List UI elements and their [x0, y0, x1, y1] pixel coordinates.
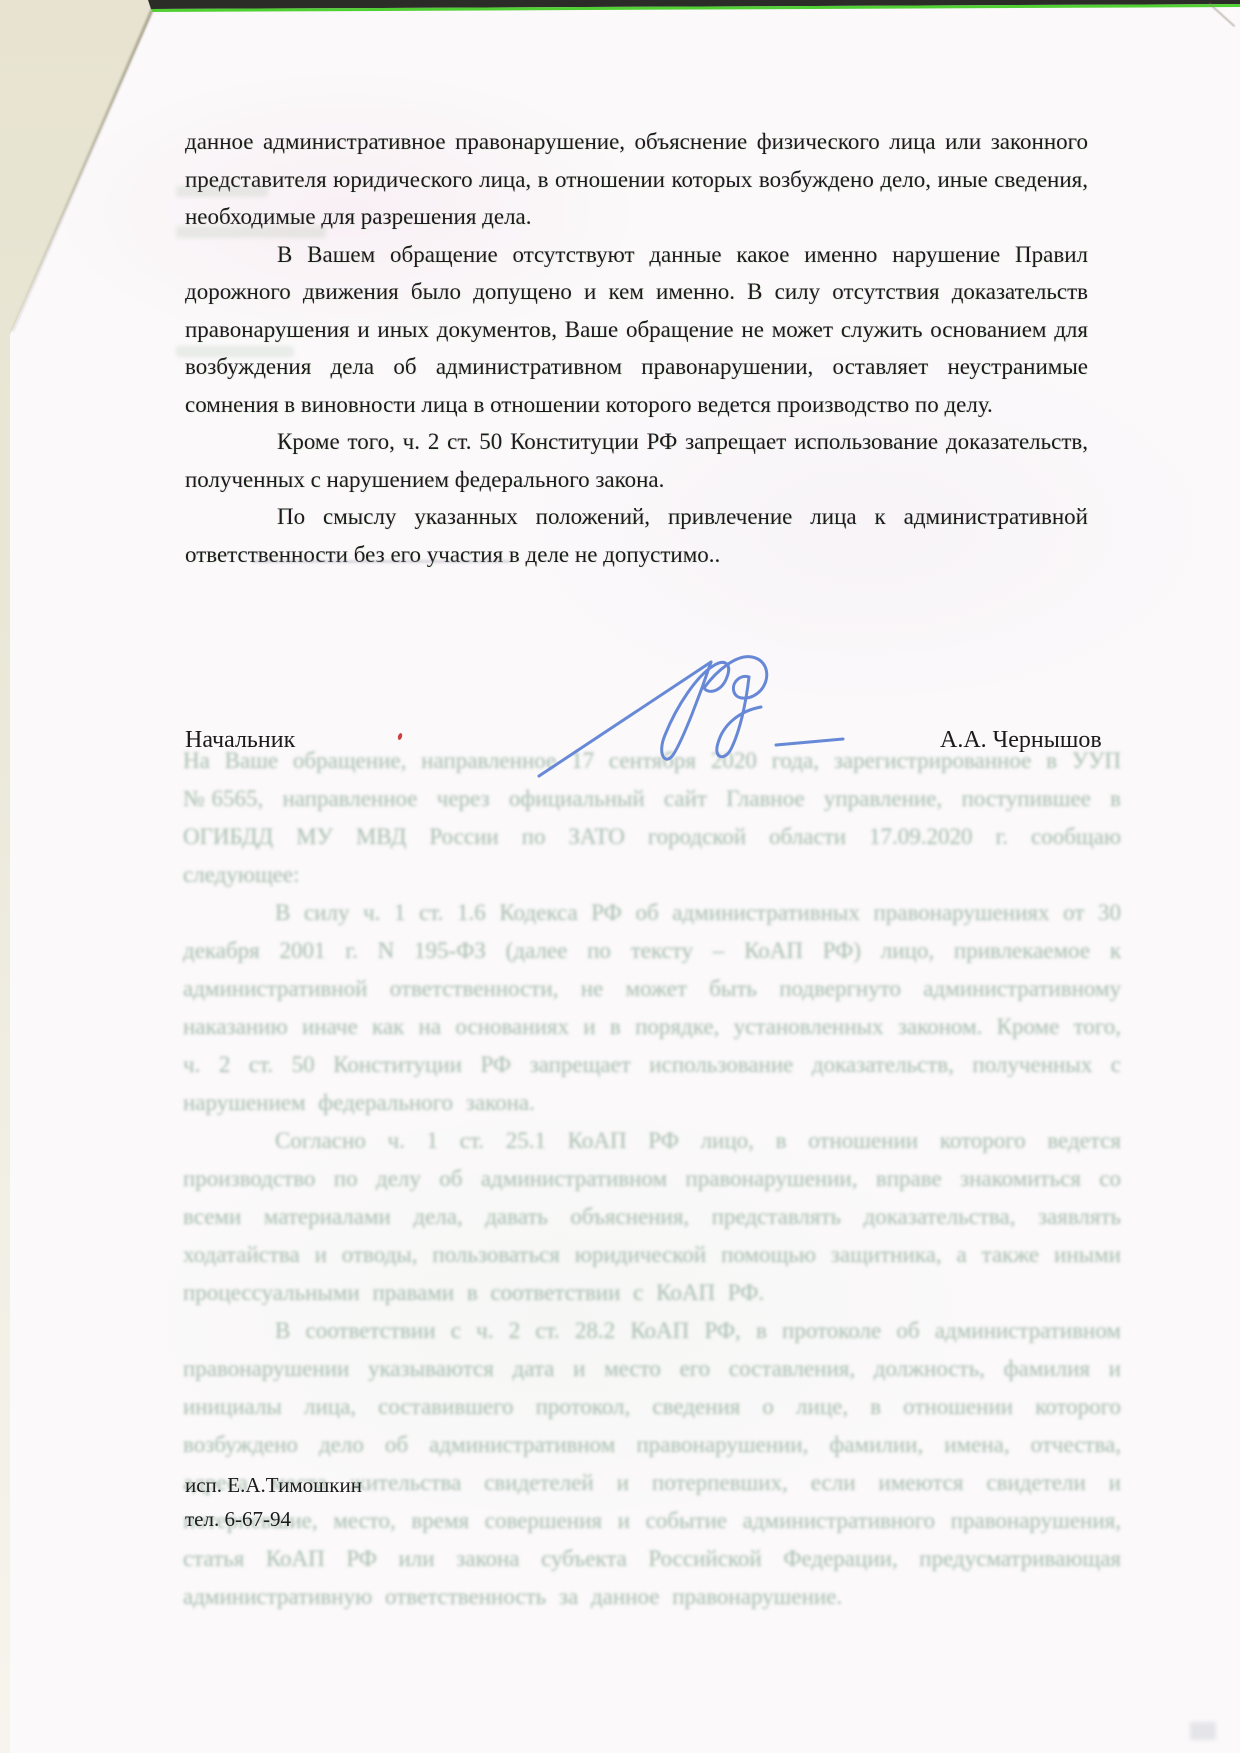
letter-body: данное административное правонарушение, …	[185, 123, 1088, 573]
scan-smudge	[176, 346, 294, 357]
body-paragraph: данное административное правонарушение, …	[185, 123, 1088, 236]
scan-smudge	[1190, 1722, 1216, 1740]
signer-name: А.А. Чернышов	[940, 727, 1102, 754]
scan-smudge	[176, 186, 268, 197]
body-paragraph: Кроме того, ч. 2 ст. 50 Конституции РФ з…	[185, 423, 1088, 498]
bleed-through-paragraph: В силу ч. 1 ст. 1.6 Кодекса РФ об админи…	[183, 894, 1121, 1122]
faint-pencil-line	[252, 560, 510, 563]
executor-phone: тел. 6-67-94	[185, 1502, 362, 1536]
bleed-through-paragraph: Согласно ч. 1 ст. 25.1 КоАП РФ лицо, в о…	[183, 1122, 1121, 1312]
executor-block: исп. Е.А.Тимошкин тел. 6-67-94	[185, 1468, 362, 1536]
executor-name: исп. Е.А.Тимошкин	[185, 1468, 362, 1502]
bleed-through-paragraph: В соответствии с ч. 2 ст. 28.2 КоАП РФ, …	[183, 1312, 1121, 1616]
body-paragraph: В Вашем обращение отсутствуют данные как…	[185, 236, 1088, 424]
scanned-letter-page: На Ваше обращение, направленное 17 сентя…	[0, 0, 1240, 1753]
scan-edge-artifact	[0, 0, 1240, 18]
signer-title: Начальник	[185, 727, 295, 754]
scan-smudge	[176, 226, 326, 238]
handwritten-signature-ink	[525, 628, 865, 798]
